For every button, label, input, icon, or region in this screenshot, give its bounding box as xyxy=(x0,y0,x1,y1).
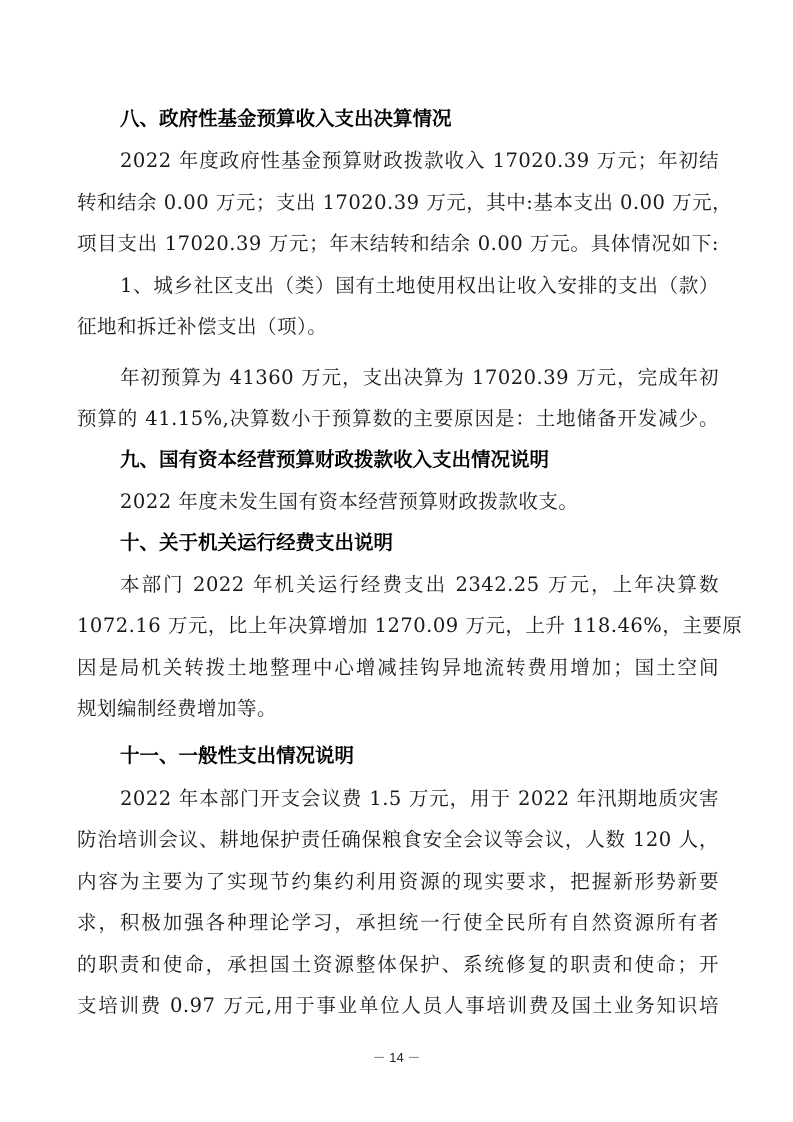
paragraph-line: 项目支出 17020.39 万元；年末结转和结余 0.00 万元。具体情况如下: xyxy=(77,231,719,257)
paragraph-line: 预算的 41.15%,决算数小于预算数的主要原因是：土地储备开发减少。 xyxy=(77,406,719,432)
paragraph-line: 因是局机关转拨土地整理中心增减挂钩异地流转费用增加；国土空间 xyxy=(77,655,719,681)
paragraph-line: 转和结余 0.00 万元；支出 17020.39 万元，其中:基本支出 0.00… xyxy=(77,190,719,216)
paragraph-line: 求，积极加强各种理论学习，承担统一行使全民所有自然资源所有者 xyxy=(77,910,719,936)
paragraph-line: 内容为主要为了实现节约集约利用资源的现实要求，把握新形势新要 xyxy=(77,869,719,895)
paragraph-line: 防治培训会议、耕地保护责任确保粮食安全会议等会议，人数 120 人， xyxy=(77,827,719,853)
paragraph-line: 征地和拆迁补偿支出（项）。 xyxy=(77,314,719,340)
paragraph-line: 1、城乡社区支出（类）国有土地使用权出让收入安排的支出（款） xyxy=(120,273,719,299)
section-heading-10: 十、关于机关运行经费支出说明 xyxy=(120,530,393,556)
paragraph-line: 年初预算为 41360 万元，支出决算为 17020.39 万元，完成年初 xyxy=(120,365,719,391)
paragraph-line: 2022 年本部门开支会议费 1.5 万元，用于 2022 年汛期地质灾害 xyxy=(120,786,719,812)
section-heading-8: 八、政府性基金预算收入支出决算情况 xyxy=(120,106,452,132)
paragraph-line: 2022 年度未发生国有资本经营预算财政拨款收支。 xyxy=(120,489,719,515)
section-heading-9: 九、国有资本经营预算财政拨款收入支出情况说明 xyxy=(120,447,549,473)
document-page: 八、政府性基金预算收入支出决算情况 2022 年度政府性基金预算财政拨款收入 1… xyxy=(0,0,793,1122)
paragraph-line: 支培训费 0.97 万元,用于事业单位人员人事培训费及国土业务知识培 xyxy=(77,993,719,1019)
paragraph-line: 1072.16 万元，比上年决算增加 1270.09 万元，上升 118.46%… xyxy=(77,613,719,639)
paragraph-line: 本部门 2022 年机关运行经费支出 2342.25 万元，上年决算数 xyxy=(120,572,719,598)
paragraph-line: 2022 年度政府性基金预算财政拨款收入 17020.39 万元；年初结 xyxy=(120,148,719,174)
page-number: － 14 － xyxy=(0,1047,793,1066)
paragraph-line: 规划编制经费增加等。 xyxy=(77,696,719,722)
paragraph-line: 的职责和使命，承担国土资源整体保护、系统修复的职责和使命；开 xyxy=(77,952,719,978)
section-heading-11: 十一、一般性支出情况说明 xyxy=(120,743,354,769)
